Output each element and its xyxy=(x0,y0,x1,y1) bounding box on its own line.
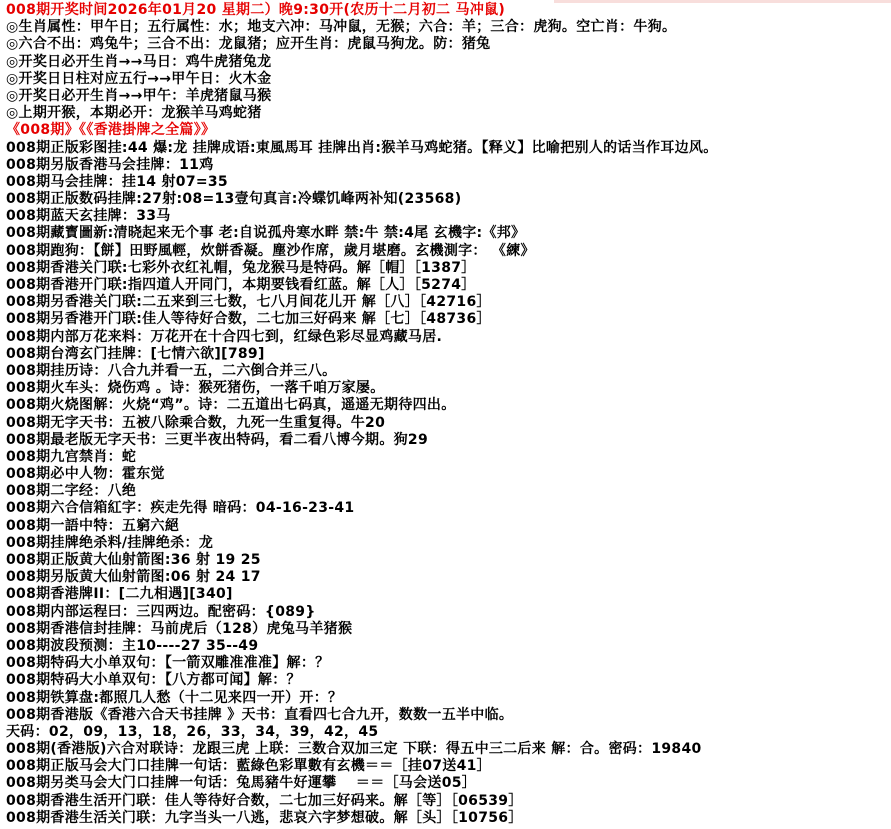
text-line: ◎上期开猴，本期必开：龙猴羊马鸡蛇猪 xyxy=(6,105,887,122)
text-line: 008期香港开门联:指四道人开同门，本期要钱看红蓝。解［人］［5274］ xyxy=(6,277,887,294)
text-line: 008期内部运程曰：三四两边。配密码：{089} xyxy=(6,604,887,621)
text-line: ◎六合不出：鸡兔牛；三合不出：龙鼠猪；应开生肖：虎鼠马狗龙。防：猪兔 xyxy=(6,36,887,53)
document-body: 008期开奖时间2026年01月20 星期二）晚9:30开(农历十二月初二 马冲… xyxy=(6,2,887,827)
text-line: 008期香港牌II：[二九相遇][340] xyxy=(6,586,887,603)
section-heading-line: 008期开奖时间2026年01月20 星期二）晚9:30开(农历十二月初二 马冲… xyxy=(6,2,887,19)
section-heading-line: 《008期》《《香港掛牌之全篇》》 xyxy=(6,122,887,139)
text-line: 008期正版彩图挂:44 爆:龙 挂牌成语:東風馬耳 挂牌出肖:猴羊马鸡蛇猪。【… xyxy=(6,140,887,157)
text-line: 008期铁算盘:都照几人愁（十二见来四一开）开：？ xyxy=(6,690,887,707)
text-line: 008期另香港开门联:佳人等待好合数，二七加三好码来 解［七］［48736］ xyxy=(6,311,887,328)
text-line: 008期香港关门联:七彩外衣红礼帽，兔龙猴马是特码。解［帽］［1387］ xyxy=(6,260,887,277)
text-line: 008期正版数码挂牌:27射:08=13壹句真言:冷蝶饥峰两补知(23568) xyxy=(6,191,887,208)
text-line: 008期二字经：八绝 xyxy=(6,483,887,500)
text-line: 008期香港生活关门联：九字当头一八逃，悲哀六字梦想破。解［头］［10756］ xyxy=(6,810,887,827)
text-line: ◎生肖属性：甲午日；五行属性：水；地支六冲：马冲鼠，无猴；六合：羊；三合：虎狗。… xyxy=(6,19,887,36)
text-line: 008期香港生活开门联：佳人等待好合数，二七加三好码来。解［等］［06539］ xyxy=(6,793,887,810)
text-line: 008期无字天书：五被八除乘合数，九死一生重复得。牛20 xyxy=(6,415,887,432)
text-line: 008期另香港关门联:二五来到三七数，七八月间花儿开 解［八］［42716］ xyxy=(6,294,887,311)
cutoff-red-text-strip xyxy=(554,0,891,3)
text-line: 008期挂牌绝杀料/挂牌绝杀：龙 xyxy=(6,535,887,552)
text-line: 008期正版马会大门口挂牌一句话：藍綠色彩單數有玄機＝＝［挂07送41］ xyxy=(6,758,887,775)
text-line: 008期正版黄大仙射箭图:36 射 19 25 xyxy=(6,552,887,569)
text-line: 008期蓝天玄挂牌：33马 xyxy=(6,208,887,225)
text-line: 008期九宫禁肖：蛇 xyxy=(6,449,887,466)
text-line: 008期火车头：烧伤鸡 。诗：猴死猪伤，一落千咱万家屡。 xyxy=(6,380,887,397)
text-line: 天码：02，09，13，18，26，33，34，39，42，45 xyxy=(6,724,887,741)
text-line: ◎开奖日必开生肖→→甲午：羊虎猪鼠马猴 xyxy=(6,88,887,105)
text-line: 008期台湾玄门挂牌：[七情六欲][789] xyxy=(6,346,887,363)
text-line: 008期一語中特：五窮六絕 xyxy=(6,518,887,535)
text-line: 008期香港版《香港六合天书挂牌 》天书：直看四七合九开，数数一五半中临。 xyxy=(6,707,887,724)
text-line: 008期马会挂牌：挂14 射07=35 xyxy=(6,174,887,191)
text-line: 008期另版黄大仙射箭图:06 射 24 17 xyxy=(6,569,887,586)
text-line: 008期内部万花来料：万花开在十合四七到，红绿色彩尽显鸡藏马居. xyxy=(6,329,887,346)
text-line: 008期另类马会大门口挂牌一句话：兔馬豬牛好運攀 ＝＝［马会送05］ xyxy=(6,775,887,792)
text-line: 008期(香港版)六合对联诗：龙跟三虎 上联：三数合双加三定 下联：得五中三二后… xyxy=(6,741,887,758)
text-line: 008期挂历诗：八合九并看一五，二六倒合并三八。 xyxy=(6,363,887,380)
lottery-tips-page: 008期开奖时间2026年01月20 星期二）晚9:30开(农历十二月初二 马冲… xyxy=(0,0,891,829)
text-line: 008期跑狗：【餅】田野風輕，炊餅香凝。塵沙作席，歲月堪磨。玄機測字： 《練》 xyxy=(6,243,887,260)
text-line: 008期火烧图解：火烧“鸡”。诗：二五道出七码真，遥遥无期待四出。 xyxy=(6,397,887,414)
text-line: ◎开奖日日柱对应五行→→甲午日：火木金 xyxy=(6,71,887,88)
text-line: ◎开奖日必开生肖→→马日：鸡牛虎猪兔龙 xyxy=(6,54,887,71)
text-line: 008期另版香港马会挂牌：11鸡 xyxy=(6,157,887,174)
text-line: 008期六合信箱紅字：疾走先得 暗码：04-16-23-41 xyxy=(6,500,887,517)
text-line: 008期特码大小单双句：【一箭双雕准准准】解：？ xyxy=(6,655,887,672)
text-line: 008期藏寳圖新:清晓起来无个事 老:自说孤舟寒水畔 禁:牛 禁:4尾 玄機字:… xyxy=(6,225,887,242)
text-line: 008期波段预测：主10----27 35--49 xyxy=(6,638,887,655)
text-line: 008期特码大小单双句：【八方都可闻】解：？ xyxy=(6,672,887,689)
text-line: 008期香港信封挂牌：马前虎后（128）虎兔马羊猪猴 xyxy=(6,621,887,638)
text-line: 008期最老版无字天书：三更半夜出特码，看二看八博今期。狗29 xyxy=(6,432,887,449)
text-line: 008期必中人物：霍东觉 xyxy=(6,466,887,483)
